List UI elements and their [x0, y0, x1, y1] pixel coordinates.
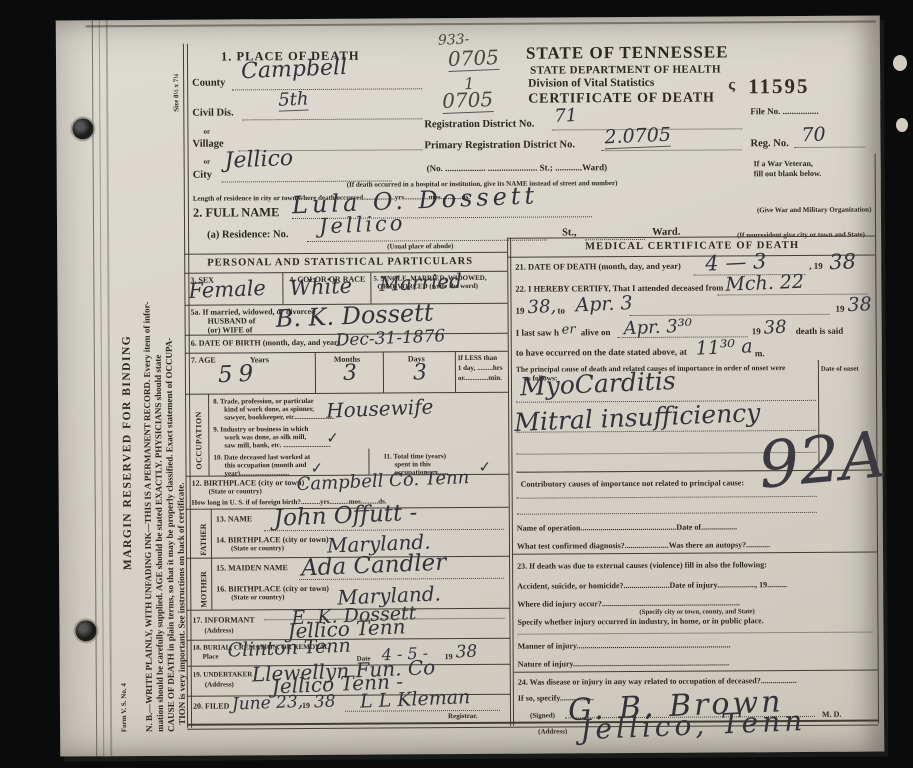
specify-city-note: (Specify city or town, county, and State… [639, 608, 754, 616]
dod-comma19-printed: , 19 [809, 261, 823, 273]
page-stack-edge [106, 20, 112, 756]
burial-place-value: Clinton Tenn [227, 635, 351, 662]
age-months-value: 3 [342, 360, 357, 386]
reg-no-value: 70 [801, 123, 826, 146]
last-saw-er: er [561, 322, 576, 338]
from-year-value: 38, [527, 296, 556, 318]
village-label: Village [192, 139, 223, 150]
from-year19-printed: 19 [516, 306, 525, 318]
burial-place-label: Place [203, 653, 219, 662]
primary-registration-label: Primary Registration District No. [424, 139, 575, 151]
left-section-top-rule [184, 252, 507, 255]
civil-dis-value: 5th [278, 88, 309, 111]
or-word-1: or [203, 128, 210, 137]
age-less-note-line2: 1 day, .........hrs [458, 364, 503, 373]
county-leader [232, 88, 422, 90]
division-title: Division of Vital Statistics [528, 77, 654, 90]
civil-dis-label: Civil Dis. [192, 107, 233, 118]
file-number-stamp: 11595 [748, 74, 809, 99]
personal-section-title: PERSONAL AND STATISTICAL PARTICULARS [207, 256, 473, 269]
margin-nb-line3: CAUSE OF DEATH in plain terms, so that i… [164, 338, 176, 732]
certify-to-value: Apr. 3 [575, 292, 633, 316]
reg-no-leader [795, 147, 865, 148]
reg-no-label: Reg. No. [750, 138, 788, 149]
father-side-label: FATHER [199, 523, 208, 555]
page-speck-bottom [896, 118, 908, 132]
informant-address-label: (Address) [204, 626, 233, 635]
residence-value: Jellico [319, 211, 406, 239]
mother-side-label: MOTHER [199, 571, 208, 608]
informant-label: 17. INFORMANT [192, 615, 254, 626]
sex-value: Female [188, 276, 266, 303]
burial-year19-printed: 19 [445, 652, 453, 662]
physician-address-label: (Address) [538, 727, 567, 736]
registration-district-value: 71 [554, 105, 578, 127]
cell-divider-4-5 [370, 272, 371, 304]
margin-binding-note: MARGIN RESERVED FOR BINDING [121, 335, 134, 570]
trade-value: Housewife [326, 394, 434, 422]
row7-bottom-rule [185, 392, 508, 395]
father-name-value: John Offutt - [273, 500, 417, 532]
test-bottom-rule [513, 552, 877, 555]
primary-registration-value: 2.0705 [604, 124, 671, 150]
age-less-note-line1: If LESS than [458, 354, 497, 363]
dob-value: Dec-31-1876 [335, 326, 445, 350]
filed-year19-printed: 19 [302, 701, 310, 711]
margin-form-number: Form V. S. No. 4 [120, 683, 128, 732]
industry-label-line3: saw mill, bank, etc. ...................… [224, 441, 330, 450]
diagnosis-test-line: What test confirmed diagnosis?..........… [517, 540, 770, 552]
mother-maiden-label: 15. MAIDEN NAME [216, 563, 288, 574]
date-of-onset-label: Date of onset [821, 366, 859, 373]
certify-to-leader [630, 314, 830, 316]
certificate-paper: Form V. S. No. 4 MARGIN RESERVED FOR BIN… [56, 15, 884, 756]
certify-from-value: Mch. 22 [725, 271, 804, 296]
age-days-value: 3 [412, 360, 427, 386]
occurred-time: 11³⁰ a [695, 335, 753, 359]
industry-checkmark: ✓ [326, 429, 339, 448]
last-saw-prefix: I last saw h [516, 327, 559, 339]
age-less-note-line3: or..............min. [458, 374, 502, 383]
occurred-label: to have occurred on the date stated abov… [516, 347, 687, 360]
death-is-said: death is said [796, 326, 844, 338]
age-divider-1 [315, 352, 316, 393]
last-worked-label-line3: year)............................ [225, 469, 290, 478]
medical-section-title: MEDICAL CERTIFICATE OF DEATH [585, 240, 799, 252]
last-saw-year: 38 [763, 317, 787, 339]
mother-maiden-value: Ada Candler [301, 550, 447, 582]
page-speck-top [893, 55, 907, 71]
last-saw-year19: 19 [752, 326, 761, 338]
registrar-label: Registrar. [448, 712, 478, 721]
county-value: Campbell [241, 55, 348, 84]
civil-dis-leader [242, 118, 422, 120]
age-years-value: 59 [217, 361, 259, 389]
specify-where-line: Specify whether injury occurred in indus… [517, 616, 763, 628]
mother-birthplace-state-note: (State or country) [231, 593, 284, 602]
or-word-2: or [204, 158, 211, 167]
signed-label: (Signed) [530, 711, 555, 720]
mother-maiden-leader [299, 578, 504, 580]
external-causes-line: 23. If death was due to external causes … [517, 560, 767, 572]
department-title: STATE DEPARTMENT OF HEALTH [530, 63, 721, 76]
occupation-side-label: OCCUPATION [194, 411, 203, 470]
filed-year-value: 38 [314, 691, 336, 712]
primary-registration-leader [602, 149, 742, 151]
nature-bottom-rule [514, 670, 878, 673]
age-divider-2 [383, 352, 384, 393]
occurred-m-printed: m. [755, 348, 765, 360]
injury-leader [518, 632, 873, 635]
father-name-label: 13. NAME [216, 514, 253, 525]
stamp-squiggle: ς [728, 76, 735, 94]
md-label: M. D. [822, 710, 841, 721]
cause-of-death-1: MyoCarditis [519, 366, 676, 401]
age-label: 7. AGE [191, 356, 216, 367]
date-of-death-label: 21. DATE OF DEATH (month, day, and year) [515, 261, 681, 273]
last-saw-alive-on: alive on [581, 327, 611, 339]
war-veteran-line2: fill out blank below. [754, 169, 822, 180]
county-label: County [192, 77, 225, 88]
margin-size-note: Size 8½ x 7¼ [172, 73, 180, 111]
punch-hole-bottom [75, 620, 96, 641]
scrawl-number-2: 0705 [448, 45, 500, 72]
parents-divider [211, 509, 213, 610]
page-stack-edge-top [86, 21, 876, 28]
certify-from-leader [717, 294, 867, 296]
filed-label: 20. FILED [193, 701, 230, 712]
contributory-label: Contributory causes of importance not re… [521, 478, 744, 490]
city-value: Jellico [224, 146, 293, 174]
trade-label-line3: sawyer, bookkeeper, etc.................… [224, 413, 335, 422]
page-stack-edge [99, 20, 104, 756]
no-st-ward-line: (No. .................. ................… [427, 162, 608, 175]
undertaker-address-label: (Address) [205, 680, 234, 689]
marital-value: Married [379, 269, 462, 296]
cell-divider-3-4 [282, 272, 283, 304]
father-birthplace-state-note: (State or country) [231, 544, 284, 553]
dob-label: 6. DATE OF BIRTH (month, day, and year) [191, 338, 341, 349]
war-org-note: (Give War and Military Organization) [757, 206, 872, 215]
filed-date-value: June 23, [232, 692, 304, 715]
registrar-signature: L L Kleman [360, 686, 471, 713]
right-section-bottom-rule [507, 255, 875, 258]
registration-district-label: Registration District No. [424, 119, 534, 131]
accident-line: Accident, suicide, or homicide?.........… [517, 580, 787, 592]
abode-note: (Usual place of abode) [387, 242, 453, 251]
form-left-rule-inner [187, 44, 192, 728]
to-year-value: 38 [847, 293, 872, 316]
residence-label: (a) Residence: No. [207, 229, 288, 240]
statistical-code-92A: 92A [755, 418, 889, 504]
punch-hole-top [72, 118, 93, 139]
operation-line: Name of operation.......................… [517, 522, 737, 534]
birthplace-state-note: (State or country) [209, 487, 262, 496]
color-race-value: White [289, 274, 353, 301]
file-no-label: File No. ................ [750, 106, 818, 118]
age-divider-3 [455, 351, 456, 392]
to-year19-printed: 19 [836, 304, 845, 316]
column-divider-inner [510, 238, 514, 726]
city-label: City [193, 170, 212, 181]
occupation-divider [208, 394, 210, 476]
to-label: to [558, 305, 566, 317]
contributory-leader2 [517, 512, 817, 515]
nature-of-injury-line: Nature of injury........................… [518, 658, 729, 670]
burial-year-value: 38 [455, 642, 477, 663]
scrawl-number-4: 0705 [442, 87, 494, 114]
undertaker-label: 19. UNDERTAKER [193, 670, 253, 679]
state-title: STATE OF TENNESSEE [526, 42, 729, 63]
date-of-death-year: 38 [829, 249, 857, 274]
last-saw-date: Apr. 3³⁰ [623, 315, 692, 339]
full-name-label: 2. FULL NAME [193, 205, 280, 221]
manner-of-injury-line: Manner of injury........................… [518, 640, 731, 652]
scanned-death-certificate: Form V. S. No. 4 MARGIN RESERVED FOR BIN… [0, 0, 913, 768]
